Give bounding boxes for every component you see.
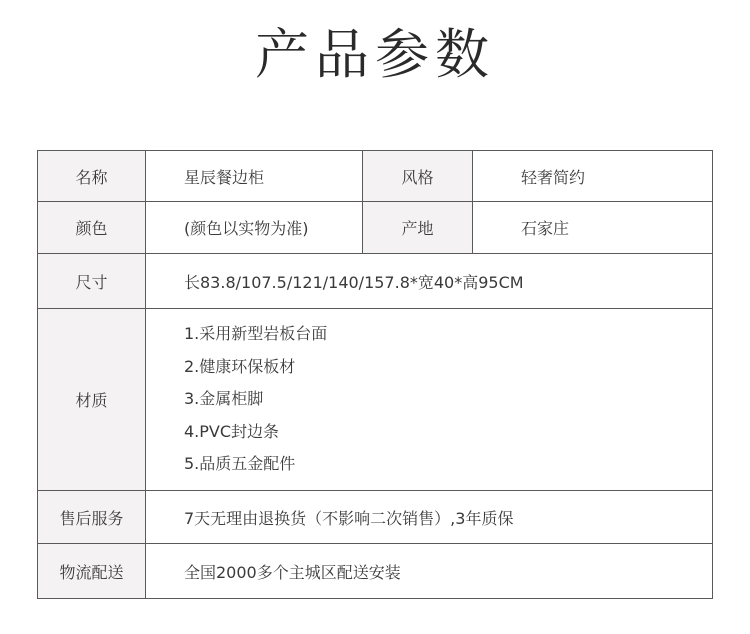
table-row-size: 尺寸 长83.8/107.5/121/140/157.8*宽40*高95CM <box>38 254 713 309</box>
material-item: 3.金属柜脚 <box>184 383 712 416</box>
table-row-after-sales: 售后服务 7天无理由退换货（不影响二次销售）,3年质保 <box>38 491 713 544</box>
value-color: (颜色以实物为准) <box>146 202 363 254</box>
label-name: 名称 <box>38 151 146 202</box>
value-material: 1.采用新型岩板台面 2.健康环保板材 3.金属柜脚 4.PVC封边条 5.品质… <box>146 309 713 491</box>
value-origin: 石家庄 <box>473 202 713 254</box>
label-style: 风格 <box>363 151 473 202</box>
page-title: 产品参数 <box>0 20 750 90</box>
material-item: 4.PVC封边条 <box>184 416 712 449</box>
material-item: 5.品质五金配件 <box>184 448 712 481</box>
label-origin: 产地 <box>363 202 473 254</box>
value-size: 长83.8/107.5/121/140/157.8*宽40*高95CM <box>146 254 713 309</box>
table-row-name-style: 名称 星辰餐边柜 风格 轻奢简约 <box>38 151 713 202</box>
value-name: 星辰餐边柜 <box>146 151 363 202</box>
table-row-material: 材质 1.采用新型岩板台面 2.健康环保板材 3.金属柜脚 4.PVC封边条 5… <box>38 309 713 491</box>
material-item: 2.健康环保板材 <box>184 351 712 384</box>
value-style: 轻奢简约 <box>473 151 713 202</box>
table-row-color-origin: 颜色 (颜色以实物为准) 产地 石家庄 <box>38 202 713 254</box>
label-size: 尺寸 <box>38 254 146 309</box>
material-item: 1.采用新型岩板台面 <box>184 318 712 351</box>
label-color: 颜色 <box>38 202 146 254</box>
value-after-sales: 7天无理由退换货（不影响二次销售）,3年质保 <box>146 491 713 544</box>
material-list: 1.采用新型岩板台面 2.健康环保板材 3.金属柜脚 4.PVC封边条 5.品质… <box>184 318 712 481</box>
label-material: 材质 <box>38 309 146 491</box>
label-after-sales: 售后服务 <box>38 491 146 544</box>
spec-table: 名称 星辰餐边柜 风格 轻奢简约 颜色 (颜色以实物为准) 产地 石家庄 尺寸 … <box>37 150 713 599</box>
value-logistics: 全国2000多个主城区配送安装 <box>146 544 713 599</box>
label-logistics: 物流配送 <box>38 544 146 599</box>
table-row-logistics: 物流配送 全国2000多个主城区配送安装 <box>38 544 713 599</box>
